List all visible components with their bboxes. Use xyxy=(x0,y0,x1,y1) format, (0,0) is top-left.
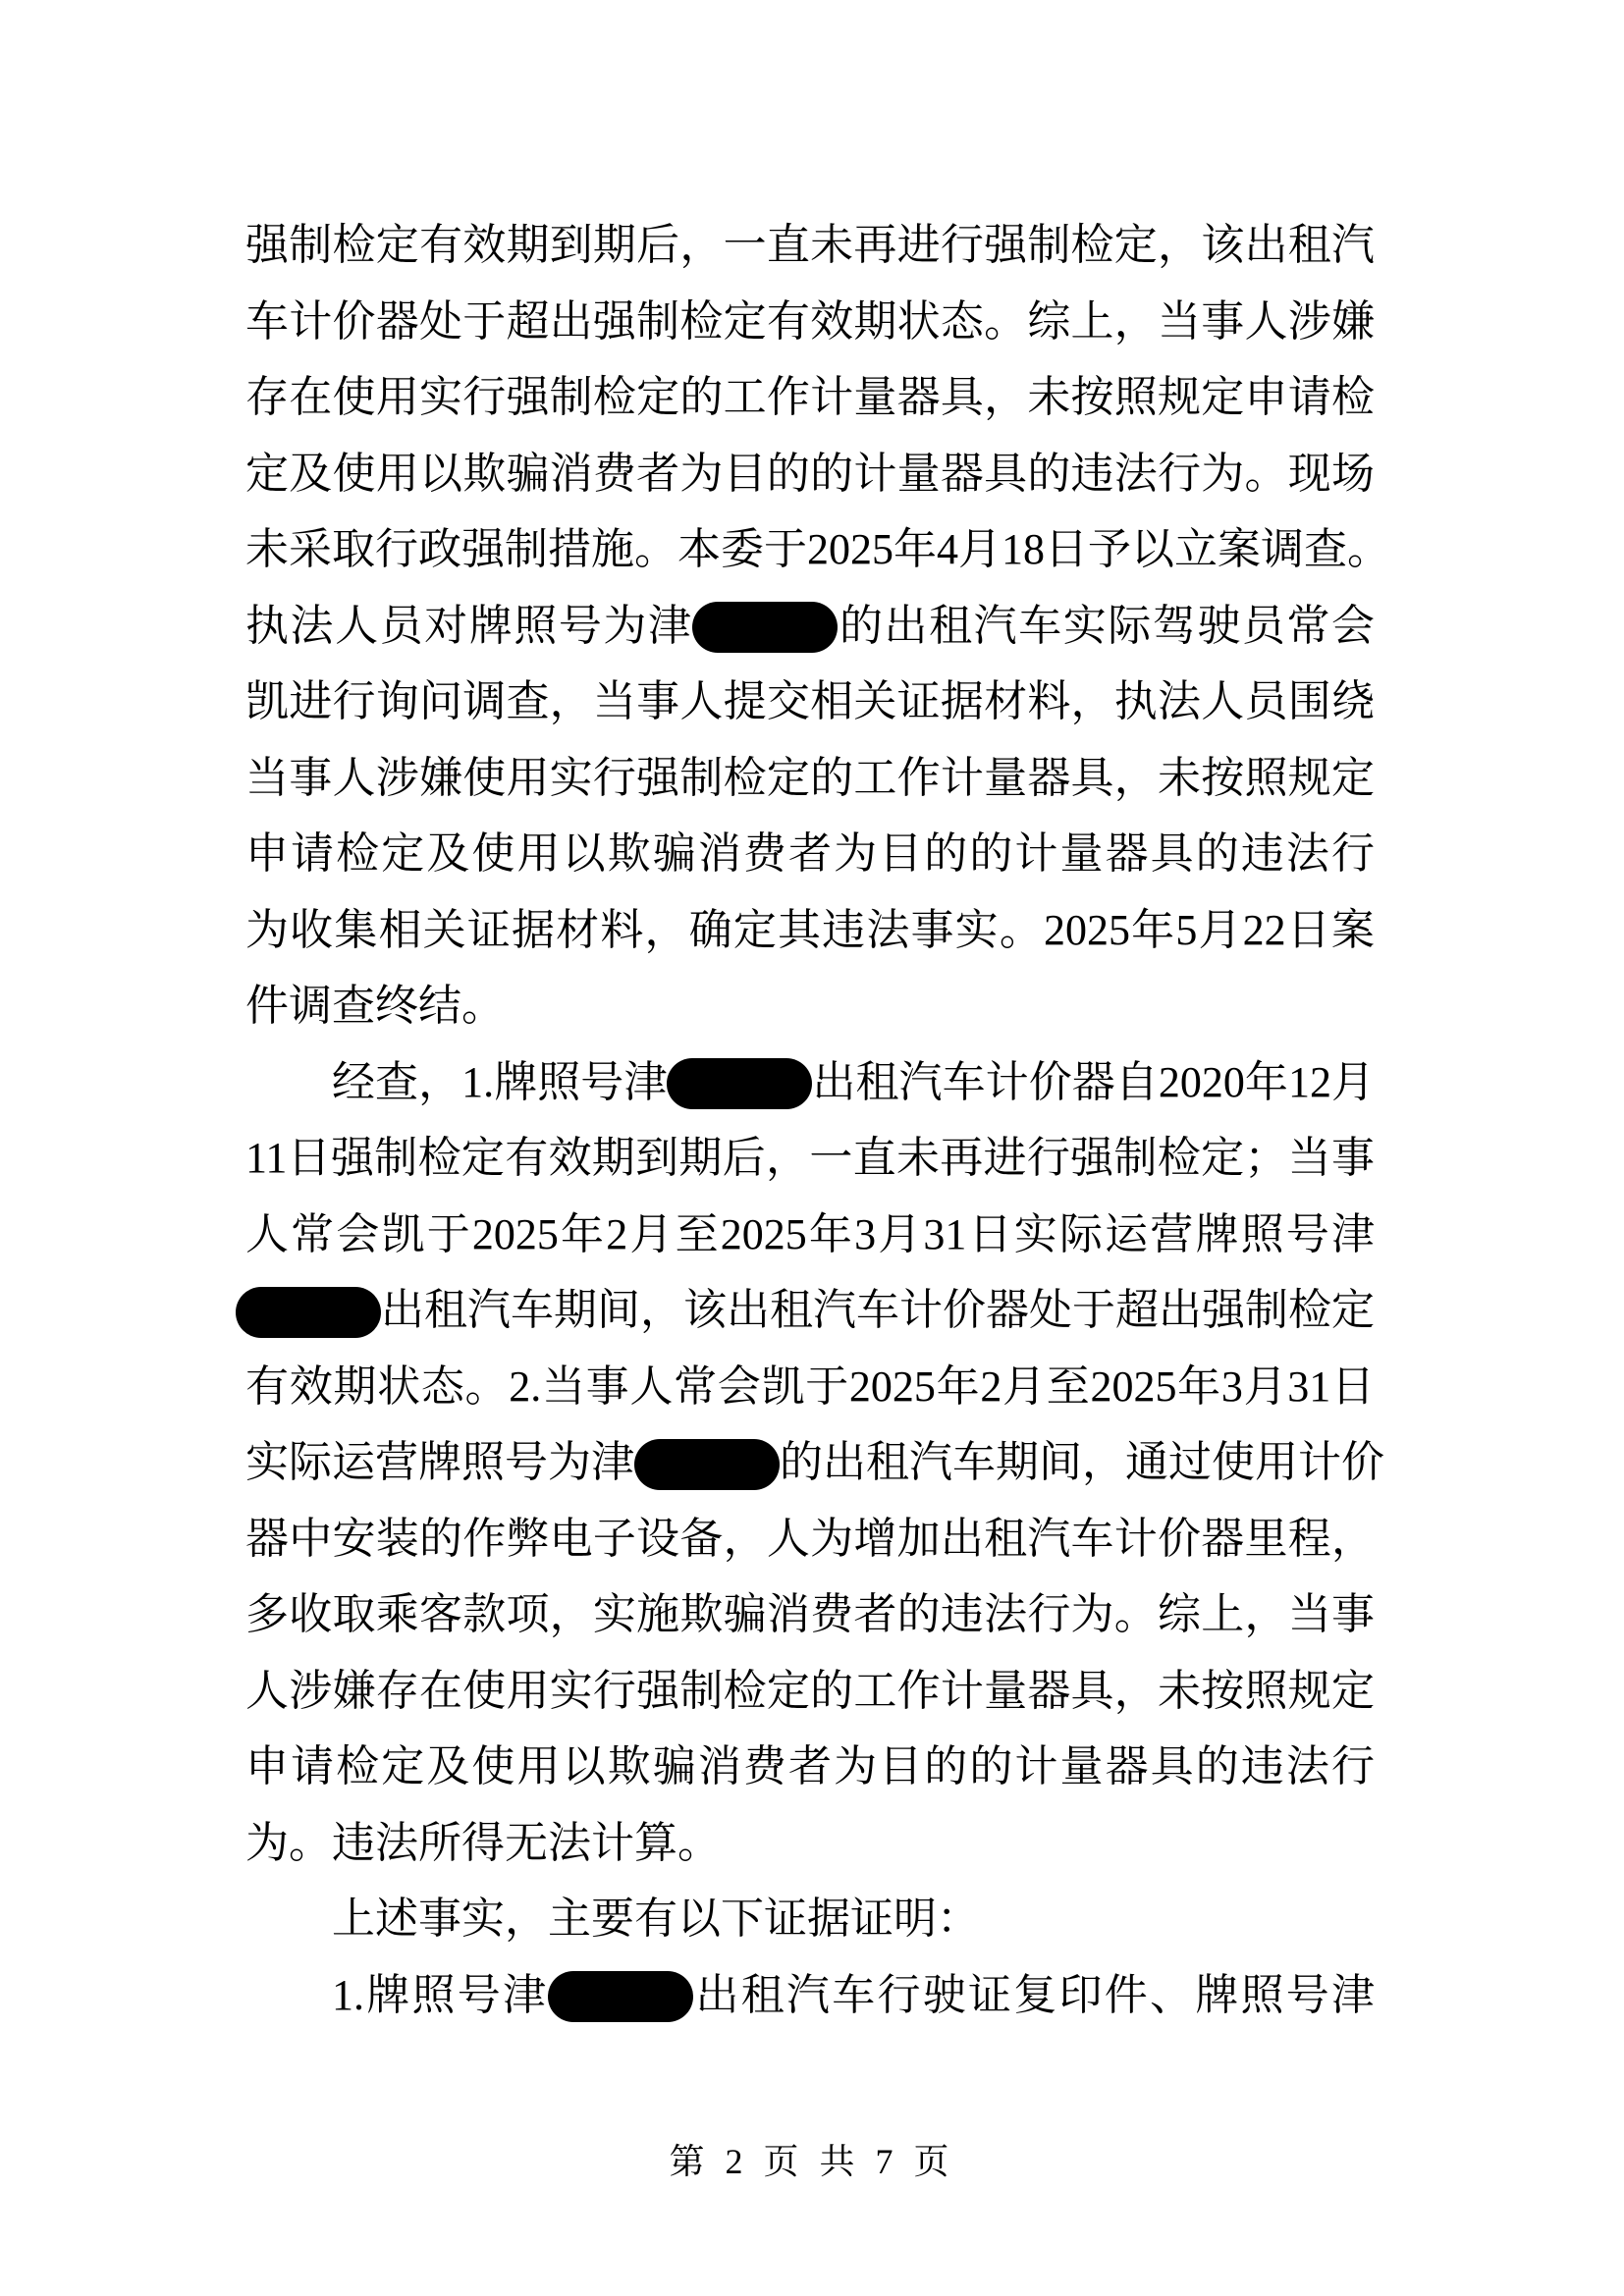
line-text-segment: 出租汽车行驶证复印件、牌照号津 xyxy=(693,1971,1375,2019)
line-text: 为。违法所得无法计算。 xyxy=(245,1819,721,1867)
line-text-segment: 执法人员对牌照号为津 xyxy=(245,602,692,650)
document-line: 上述事实，主要有以下证据证明： xyxy=(245,1881,1375,1957)
document-line: 为。违法所得无法计算。 xyxy=(245,1805,1375,1882)
document-line: 经查，1.牌照号津出租汽车计价器自2020年12月 xyxy=(245,1044,1375,1121)
line-text: 为收集相关证据材料，确定其违法事实。2025年5月22日案 xyxy=(245,906,1375,954)
document-line: 人涉嫌存在使用实行强制检定的工作计量器具，未按照规定 xyxy=(245,1653,1375,1730)
line-text-segment: 的出租汽车期间，通过使用计价 xyxy=(780,1438,1384,1486)
document-line: 存在使用实行强制检定的工作计量器具，未按照规定申请检 xyxy=(245,359,1375,436)
document-page: 强制检定有效期到期后，一直未再进行强制检定，该出租汽 车计价器处于超出强制检定有… xyxy=(0,0,1624,2296)
document-line: 定及使用以欺骗消费者为目的的计量器具的违法行为。现场 xyxy=(245,436,1375,512)
line-text: 当事人涉嫌使用实行强制检定的工作计量器具，未按照规定 xyxy=(245,754,1375,802)
line-text: 未采取行政强制措施。本委于2025年4月18日予以立案调查。 xyxy=(245,525,1390,573)
line-text: 车计价器处于超出强制检定有效期状态。综上，当事人涉嫌 xyxy=(245,297,1375,346)
document-line: 强制检定有效期到期后，一直未再进行强制检定，该出租汽 xyxy=(245,207,1375,284)
document-line: 11日强制检定有效期到期后，一直未再进行强制检定；当事 xyxy=(245,1120,1375,1197)
redaction-block xyxy=(692,602,838,653)
document-line: 凯进行询问调查，当事人提交相关证据材料，执法人员围绕 xyxy=(245,664,1375,740)
line-text-segment: 出租汽车期间，该出租汽车计价器处于超出强制检定 xyxy=(381,1286,1375,1334)
document-line: 出租汽车期间，该出租汽车计价器处于超出强制检定 xyxy=(245,1272,1375,1349)
line-text: 申请检定及使用以欺骗消费者为目的的计量器具的违法行 xyxy=(245,1742,1375,1790)
document-line: 有效期状态。2.当事人常会凯于2025年2月至2025年3月31日 xyxy=(245,1349,1375,1425)
document-line: 为收集相关证据材料，确定其违法事实。2025年5月22日案 xyxy=(245,892,1375,969)
line-text: 定及使用以欺骗消费者为目的的计量器具的违法行为。现场 xyxy=(245,450,1375,498)
document-line: 多收取乘客款项，实施欺骗消费者的违法行为。综上，当事 xyxy=(245,1576,1375,1653)
line-text: 存在使用实行强制检定的工作计量器具，未按照规定申请检 xyxy=(245,373,1375,421)
line-text: 人涉嫌存在使用实行强制检定的工作计量器具，未按照规定 xyxy=(245,1667,1375,1715)
line-text: 件调查终结。 xyxy=(245,982,505,1030)
line-text: 申请检定及使用以欺骗消费者为目的的计量器具的违法行 xyxy=(245,829,1375,878)
redaction-block xyxy=(634,1439,780,1490)
redaction-block xyxy=(667,1058,812,1109)
line-text-segment: 出租汽车计价器自2020年12月 xyxy=(812,1058,1375,1106)
line-text: 有效期状态。2.当事人常会凯于2025年2月至2025年3月31日 xyxy=(245,1362,1375,1411)
line-text-segment: 的出租汽车实际驾驶员常会 xyxy=(838,602,1375,650)
document-line: 当事人涉嫌使用实行强制检定的工作计量器具，未按照规定 xyxy=(245,740,1375,817)
document-line: 申请检定及使用以欺骗消费者为目的的计量器具的违法行 xyxy=(245,1729,1375,1805)
redaction-block xyxy=(236,1287,381,1338)
line-text: 凯进行询问调查，当事人提交相关证据材料，执法人员围绕 xyxy=(245,677,1375,725)
document-line: 件调查终结。 xyxy=(245,968,1375,1044)
line-text: 器中安装的作弊电子设备，人为增加出租汽车计价器里程， xyxy=(245,1515,1375,1563)
line-text-segment: 1.牌照号津 xyxy=(332,1971,548,2019)
document-line: 执法人员对牌照号为津的出租汽车实际驾驶员常会 xyxy=(245,588,1375,665)
line-text: 多收取乘客款项，实施欺骗消费者的违法行为。综上，当事 xyxy=(245,1590,1375,1638)
document-line: 实际运营牌照号为津的出租汽车期间，通过使用计价 xyxy=(245,1424,1375,1501)
document-line: 人常会凯于2025年2月至2025年3月31日实际运营牌照号津 xyxy=(245,1197,1375,1273)
page-number: 第 2 页 共 7 页 xyxy=(669,2142,954,2181)
document-line: 未采取行政强制措施。本委于2025年4月18日予以立案调查。 xyxy=(245,511,1375,588)
page-footer: 第 2 页 共 7 页 xyxy=(0,2138,1624,2185)
line-text: 强制检定有效期到期后，一直未再进行强制检定，该出租汽 xyxy=(245,221,1375,269)
document-line: 器中安装的作弊电子设备，人为增加出租汽车计价器里程， xyxy=(245,1501,1375,1577)
line-text-segment: 经查，1.牌照号津 xyxy=(332,1058,667,1106)
document-line: 申请检定及使用以欺骗消费者为目的的计量器具的违法行 xyxy=(245,816,1375,892)
document-text-block: 强制检定有效期到期后，一直未再进行强制检定，该出租汽 车计价器处于超出强制检定有… xyxy=(245,207,1375,2033)
redaction-block xyxy=(548,1971,693,2022)
line-text-segment: 实际运营牌照号为津 xyxy=(245,1438,634,1486)
document-line: 1.牌照号津出租汽车行驶证复印件、牌照号津 xyxy=(245,1957,1375,2034)
line-text: 11日强制检定有效期到期后，一直未再进行强制检定；当事 xyxy=(245,1134,1375,1182)
document-line: 车计价器处于超出强制检定有效期状态。综上，当事人涉嫌 xyxy=(245,284,1375,360)
line-text: 人常会凯于2025年2月至2025年3月31日实际运营牌照号津 xyxy=(245,1210,1375,1258)
line-text: 上述事实，主要有以下证据证明： xyxy=(332,1895,980,1943)
